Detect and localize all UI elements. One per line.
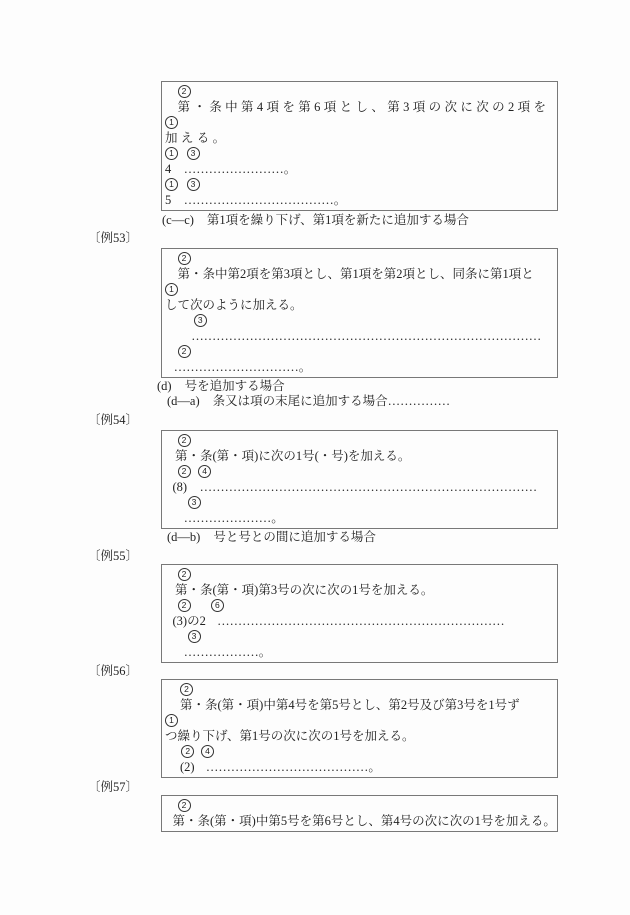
text-run: 加える。 [165,131,229,145]
example-box-54: 2第・条(第・項)に次の1号(・号)を加える。24(8)………………………………… [161,430,558,529]
example-box-56-line-5: 24 [165,744,554,760]
circled-number-4-icon: 4 [201,745,214,758]
dotted-leader: ………………。 [184,645,272,659]
text-run: 第・条中第2項を第3項とし、第1項を第2項とし、同条に第1項と [178,267,534,281]
example-box-55-line-1: 2 [165,567,554,583]
example-label-55: 〔例55〕 [88,549,630,564]
example-box-54-line-2: 第・条(第・項)に次の1号(・号)を加える。 [165,449,554,465]
circled-number-2-icon: 2 [180,683,193,696]
circled-number-2-icon: 2 [178,345,191,358]
dotted-leader: ………………………………。 [184,193,347,207]
caption-c-c-marker: (c—c) [162,213,194,227]
circled-number-6-icon: 6 [211,599,224,612]
example-box-56-line-1: 2 [165,682,554,698]
example-box-53-line-7: 2 [165,344,554,360]
example-box-57-line-2: 第・条(第・項)中第5号を第6号とし、第4号の次に次の1号を加える。 [165,814,554,830]
example-box-56: 2第・条(第・項)中第4号を第5号とし、第2号及び第3号を1号ず1つ繰り下げ、第… [161,679,558,778]
text-run: 5 [165,193,171,207]
circled-number-2-icon: 2 [178,465,191,478]
example-box-54-line-4: (8)……………………………………………………………………… [165,480,554,496]
dotted-leader: …………………………………………………………… [217,614,505,628]
dotted-leader: ……………………………………………………………………… [200,480,538,494]
example-box-57-line-1: 2 [165,798,554,814]
circled-number-2-icon: 2 [178,85,191,98]
example-box-56-line-6: (2)…………………………………。 [165,760,554,776]
circled-number-3-icon: 3 [188,630,201,643]
caption-c-c-text: 第1項を繰り下げ、第1項を新たに追加する場合 [207,213,469,227]
example-box-55-line-3: 26 [165,598,554,614]
example-box-55-line-5: 3 [165,629,554,645]
example-box-paragraph-renumber: 2第・条中第4項を第6項とし、第3項の次に次の2項を1加える。134………………… [161,81,558,211]
dotted-leader: ………………………………………………………………………… [191,329,541,343]
circled-number-2-icon: 2 [178,799,191,812]
example-label-53: 〔例53〕 [88,231,630,246]
circled-number-1-icon: 1 [165,714,178,727]
circled-number-3-icon: 3 [187,178,200,191]
circled-number-3-icon: 3 [194,314,207,327]
example-box-55: 2第・条(第・項)第3号の次に次の1号を加える。26(3)の2………………………… [161,564,558,663]
example-box-54-line-5: 3 [165,495,554,511]
example-box-55-line-4: (3)の2…………………………………………………………… [165,614,554,630]
heading-d-text: 号を追加する場合 [185,379,285,393]
caption-c-c: (c—c)第1項を繰り下げ、第1項を新たに追加する場合 [162,213,630,228]
example-box-53-line-2: 第・条中第2項を第3項とし、第1項を第2項とし、同条に第1項と [165,267,554,283]
example-label-56: 〔例56〕 [88,664,630,679]
text-run: 4 [165,162,171,176]
heading-d-a-marker: (d—a) [167,394,200,408]
heading-d-marker: (d) [157,379,172,393]
text-run: (3)の2 [173,614,206,628]
example-box-53-line-3: 1 [165,282,554,298]
circled-number-1-icon: 1 [165,283,178,296]
example-box-54-line-3: 24 [165,464,554,480]
circled-number-1-icon: 1 [165,116,178,129]
example-box-53-line-8: …………………………。 [165,360,554,376]
text-run: つ繰り下げ、第1号の次に次の1号を加える。 [165,729,415,743]
text-run: 第・条(第・項)中第5号を第6号とし、第4号の次に次の1号を加える。 [173,814,555,828]
example-box-53-line-4: して次のように加える。 [165,298,554,314]
example-label-54: 〔例54〕 [88,413,630,428]
page-content: 2第・条中第4項を第6項とし、第3項の次に次の2項を1加える。134………………… [0,0,630,832]
example-box-55-line-2: 第・条(第・項)第3号の次に次の1号を加える。 [165,583,554,599]
heading-d-a-text: 条又は項の末尾に追加する場合…………… [213,394,451,408]
example-box-56-line-2: 第・条(第・項)中第4号を第5号とし、第2号及び第3号を1号ず [165,698,554,714]
circled-number-1-icon: 1 [165,147,178,160]
circled-number-2-icon: 2 [178,252,191,265]
example-box-paragraph-renumber-line-3: 1 [165,115,554,131]
heading-d-b-text: 号と号との間に追加する場合 [213,530,376,544]
example-box-57: 2第・条(第・項)中第5号を第6号とし、第4号の次に次の1号を加える。 [161,795,558,832]
dotted-leader: …………………。 [184,511,284,525]
example-box-paragraph-renumber-line-7: 13 [165,177,554,193]
example-box-53: 2第・条中第2項を第3項とし、第1項を第2項とし、同条に第1項と1して次のように… [161,248,558,378]
document-page: 2第・条中第4項を第6項とし、第3項の次に次の2項を1加える。134………………… [0,0,630,915]
example-box-paragraph-renumber-line-5: 13 [165,146,554,162]
example-box-53-line-1: 2 [165,251,554,267]
text-run: 第・条(第・項)第3号の次に次の1号を加える。 [175,583,433,597]
circled-number-2-icon: 2 [181,745,194,758]
heading-d-a: (d—a)条又は項の末尾に追加する場合…………… [167,394,630,409]
example-box-paragraph-renumber-line-8: 5………………………………。 [165,193,554,209]
heading-d: (d)号を追加する場合 [157,379,630,394]
text-run: 第・条(第・項)中第4号を第5号とし、第2号及び第3号を1号ず [180,698,520,712]
circled-number-3-icon: 3 [188,496,201,509]
example-box-paragraph-renumber-line-6: 4……………………。 [165,162,554,178]
heading-d-b: (d—b)号と号との間に追加する場合 [167,530,630,545]
heading-d-b-marker: (d—b) [167,530,200,544]
circled-number-2-icon: 2 [178,599,191,612]
example-box-53-line-5: 3 [165,313,554,329]
circled-number-1-icon: 1 [165,178,178,191]
text-run: (8) [173,480,188,494]
dotted-leader: ……………………。 [184,162,297,176]
example-label-57: 〔例57〕 [88,780,630,795]
circled-number-4-icon: 4 [198,465,211,478]
example-box-paragraph-renumber-line-1: 2 [165,84,554,100]
example-box-53-line-6: ………………………………………………………………………… [165,329,554,345]
circled-number-2-icon: 2 [178,434,191,447]
circled-number-2-icon: 2 [178,568,191,581]
example-box-paragraph-renumber-line-4: 加える。 [165,131,554,147]
example-box-56-line-3: 1 [165,713,554,729]
dotted-leader: …………………………。 [174,360,312,374]
example-box-54-line-6: …………………。 [165,511,554,527]
text-run: (2) [180,760,195,774]
example-box-56-line-4: つ繰り下げ、第1号の次に次の1号を加える。 [165,729,554,745]
circled-number-3-icon: 3 [187,147,200,160]
example-box-paragraph-renumber-line-2: 第・条中第4項を第6項とし、第3項の次に次の2項を [165,100,554,116]
dotted-leader: …………………………………。 [206,760,381,774]
example-box-55-line-6: ………………。 [165,645,554,661]
text-run: して次のように加える。 [165,298,303,312]
example-box-54-line-1: 2 [165,433,554,449]
text-run: 第・条(第・項)に次の1号(・号)を加える。 [175,449,410,463]
text-run: 第・条中第4項を第6項とし、第3項の次に次の2項を [178,100,550,114]
